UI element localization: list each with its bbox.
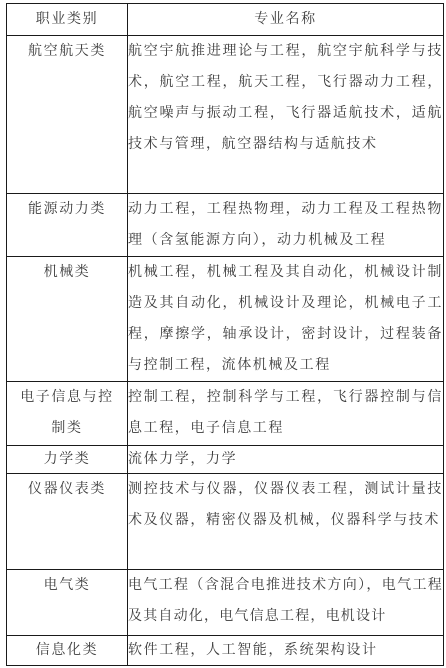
row-majors: 测控技术与仪器，仪器仪表工程，测试计量技术及仪器，精密仪器及机械，仪器科学与技术: [128, 474, 444, 570]
row-category: 机械类: [7, 257, 128, 382]
row-majors: 机械工程，机械工程及其自动化，机械设计制造及其自动化，机械设计及理论，机械电子工…: [128, 257, 444, 382]
row-category: 信息化类: [7, 636, 128, 666]
header-majors: 专业名称: [128, 4, 444, 36]
row-category: 电气类: [7, 570, 128, 636]
row-majors: 电气工程（含混合电推进技术方向），电气工程及其自动化，电气信息工程，电机设计: [128, 570, 444, 636]
row-category: 电子信息与控制类: [7, 382, 128, 446]
table-row: 信息化类 软件工程，人工智能，系统架构设计: [7, 636, 444, 666]
table-row: 仪器仪表类 测控技术与仪器，仪器仪表工程，测试计量技术及仪器，精密仪器及机械，仪…: [7, 474, 444, 570]
header-category: 职业类别: [7, 4, 128, 36]
row-category: 能源动力类: [7, 194, 128, 257]
row-majors: 控制工程，控制科学与工程，飞行器控制与信息工程，电子信息工程: [128, 382, 444, 446]
major-category-table: 职业类别 专业名称 航空航天类 航空宇航推进理论与工程，航空宇航科学与技术，航空…: [6, 3, 444, 666]
table-row: 机械类 机械工程，机械工程及其自动化，机械设计制造及其自动化，机械设计及理论，机…: [7, 257, 444, 382]
row-majors: 航空宇航推进理论与工程，航空宇航科学与技术，航空工程，航天工程，飞行器动力工程，…: [128, 36, 444, 194]
table-row: 航空航天类 航空宇航推进理论与工程，航空宇航科学与技术，航空工程，航天工程，飞行…: [7, 36, 444, 194]
row-category: 力学类: [7, 446, 128, 474]
row-majors: 动力工程，工程热物理，动力工程及工程热物理（含氢能源方向），动力机械及工程: [128, 194, 444, 257]
row-majors: 流体力学，力学: [128, 446, 444, 474]
row-majors: 软件工程，人工智能，系统架构设计: [128, 636, 444, 666]
table-row: 电子信息与控制类 控制工程，控制科学与工程，飞行器控制与信息工程，电子信息工程: [7, 382, 444, 446]
table-row: 能源动力类 动力工程，工程热物理，动力工程及工程热物理（含氢能源方向），动力机械…: [7, 194, 444, 257]
table-row: 电气类 电气工程（含混合电推进技术方向），电气工程及其自动化，电气信息工程，电机…: [7, 570, 444, 636]
row-category: 航空航天类: [7, 36, 128, 194]
table-header-row: 职业类别 专业名称: [7, 4, 444, 36]
table-row: 力学类 流体力学，力学: [7, 446, 444, 474]
row-category: 仪器仪表类: [7, 474, 128, 570]
